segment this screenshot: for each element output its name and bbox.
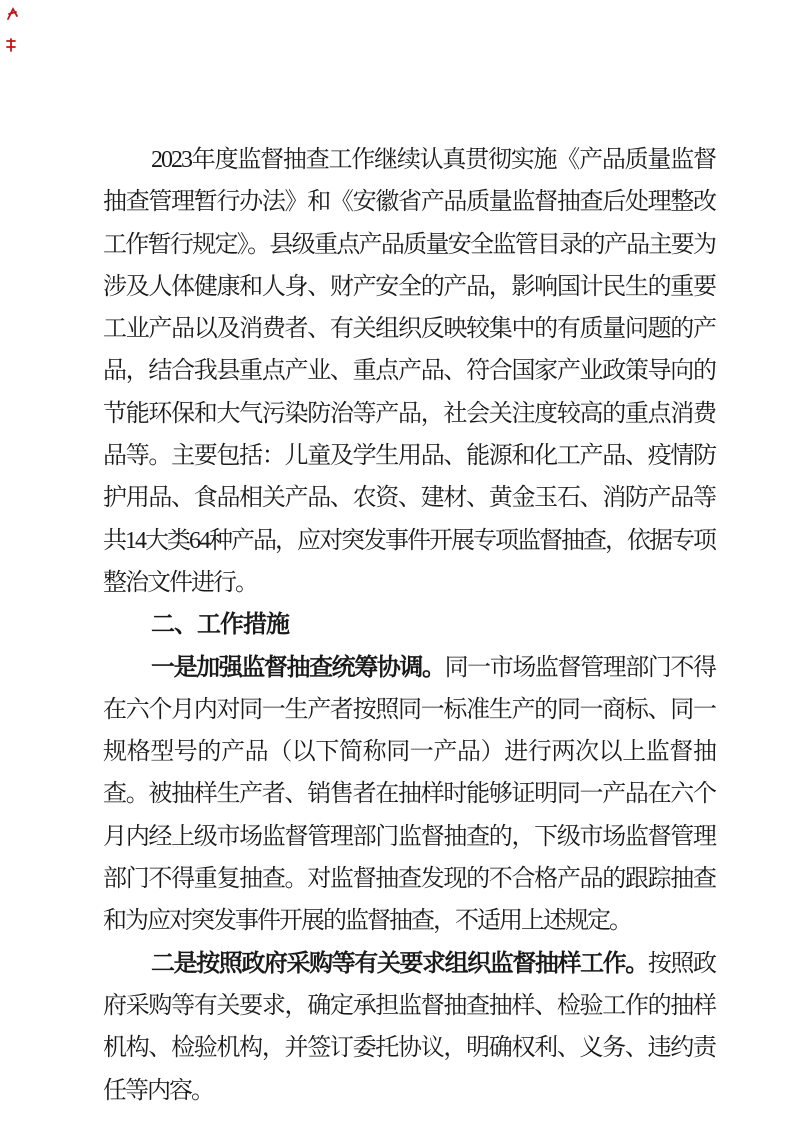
document-page: 2023年度监督抽查工作继续认真贯彻实施《产品质量监督抽查管理暂行办法》和《安徽… <box>0 0 793 1122</box>
measure-1-lead: 一是加强监督抽查统筹协调。 <box>151 655 445 681</box>
measure-1-text: 同一市场监督管理部门不得在六个月内对同一生产者按照同一标准生产的同一商标、同一规… <box>103 655 715 935</box>
measure-2-lead: 二是按照政府采购等有关要求组织监督抽样工作。 <box>151 951 648 977</box>
red-ink-speck-top <box>6 7 19 22</box>
paragraph-measure-1: 一是加强监督抽查统筹协调。同一市场监督管理部门不得在六个月内对同一生产者按照同一… <box>103 647 715 943</box>
document-body: 2023年度监督抽查工作继续认真贯彻实施《产品质量监督抽查管理暂行办法》和《安徽… <box>103 139 715 1112</box>
paragraph-measure-2: 二是按照政府采购等有关要求组织监督抽样工作。按照政府采购等有关要求，确定承担监督… <box>103 943 715 1112</box>
paragraph-overview: 2023年度监督抽查工作继续认真贯彻实施《产品质量监督抽查管理暂行办法》和《安徽… <box>103 139 715 604</box>
red-ink-speck-bottom <box>5 38 17 53</box>
section-heading-work-measures: 二、工作措施 <box>103 604 715 646</box>
